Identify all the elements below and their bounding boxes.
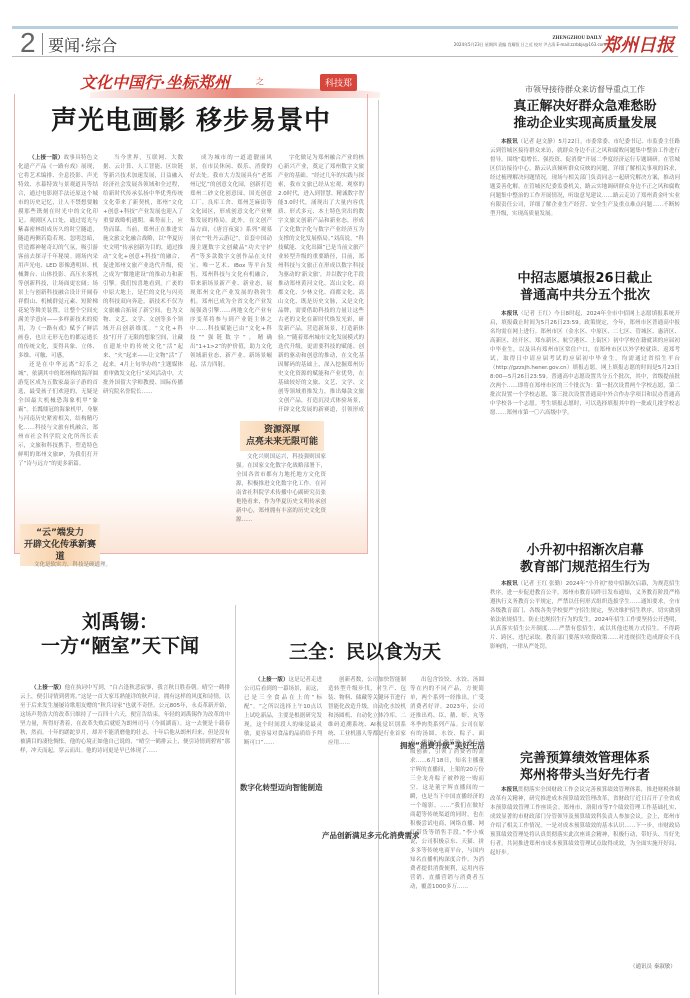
feature-column-3b: 文化兴则国运兴，科技强则国家强。在国家文化数字化战略部署下，全国各省市都有力地托…: [236, 453, 326, 533]
headline-line-1: 完善预算绩效管理体系: [490, 750, 680, 767]
headline-line-1: 小升初中招渐次启幕: [490, 542, 680, 559]
article5-headline: 刘禹锡： 一方“陋室”天下闻: [20, 610, 220, 658]
article6-subhead-digital: 数字化转型迈向智能制造: [240, 782, 323, 793]
subhead-caption: 文化是软实力，科技是硬道理。: [34, 560, 111, 568]
lead-marker: （上接一版）: [31, 685, 65, 691]
body-text: 字化做足为郑州融合产业的核心新兴产业，奠定了郑州数字文旅产业的基础。“经过几年的…: [278, 154, 364, 414]
subhead-line-1: “云”端发力: [20, 527, 100, 539]
paper-english-name: ZHENGZHOU DAILY: [552, 36, 602, 41]
article4-headline: 完善预算绩效管理体系 郑州将带头当好先行者: [490, 750, 680, 784]
article3-body: 本报讯（记者 王红 张勤）2024年“小升初”按中招渐次启幕，为规范招生秩序，进…: [490, 580, 680, 730]
body-text: 出包含饺饺、水饺、汤圆等在内的不同产品，方便简单，两个系列一经推出，广受消费者好…: [410, 676, 484, 892]
article1-headline: 真正解决好群众急难愁盼 推动企业实现高质量发展: [490, 98, 680, 132]
article6-col-1: （上接一版）这是记者走进公司后看到的一幕场景，而这，已是三全食品在上的“标配”。…: [244, 676, 322, 994]
headline-line-2: 普通高中共分五个批次: [490, 287, 680, 304]
headline-line-2: 郑州将带头当好先行者: [490, 767, 680, 784]
headline-line-1: 中招志愿填报26日截止: [490, 270, 680, 287]
body-text: 文化兴则国运兴，科技强则国家强。在国家文化数字化战略部署下，全国各省市都有力地托…: [236, 453, 326, 525]
article3-headline: 小升初中招渐次启幕 教育部门规范招生行为: [490, 542, 680, 576]
article2-body: 本报讯（记者 王红）今日8时起，2024年全市中招网上志愿填报系统开启，填报截止…: [490, 310, 680, 520]
lead-marker: 本报讯: [501, 139, 518, 145]
article1-body: 本报讯（记者 赵文静）5月22日，市委常委、市纪委书记、市监委主任路云到管城区接…: [490, 138, 680, 238]
body-text: 当今世界，互联网、大数据、云计算、人工智能、区块链等新兴技术加速发展，日益融入经…: [103, 154, 183, 397]
body-text: 贯彻落实全国财政工作会议完善预算绩效管理体系，推进财税体制改革有关精神，研究推进…: [490, 787, 680, 856]
subhead-line-2: 点亮未来无限可能: [240, 436, 324, 448]
byline: （记者 王红）: [518, 311, 554, 317]
article6-col-2: 创新者数，公司加快智能制造转型升级步伐，对生产、包装、物料、储藏等关键环节进行智…: [328, 676, 406, 826]
column-divider: [235, 605, 236, 995]
lead-marker: 本报讯: [501, 787, 518, 793]
lead-marker: （上接一版）: [255, 677, 289, 683]
banner-title: 文化中国行·坐标郑州: [80, 70, 230, 93]
byline: （记者 赵文静）: [518, 139, 559, 145]
headline-line-1: 刘禹锡：: [20, 610, 220, 634]
article5-body: （上接一版）他在执词中写到，“白占逢秋悲寂寥，我言秋日胜春朝。晴空一鹤排云上，便…: [20, 684, 230, 994]
article2-headline: 中招志愿填报26日截止 普通高中共分五个批次: [490, 270, 680, 304]
subhead-resources: 资源深厚 点亮未来无限可能: [240, 421, 324, 451]
article4-credit: （通讯员 秦淑敏）: [630, 962, 676, 970]
feature-headline: 声光电画影 移步易景中: [0, 100, 382, 137]
masthead: 2 要闻·综合 ZHENGZHOU DAILY 2024年5月23日 星期四 责…: [12, 29, 678, 57]
article6-headline: 三全：民以食为天: [245, 640, 485, 664]
banner-tag: 科技郑: [320, 74, 357, 91]
body-text: 这是记者走进公司后看到的一幕场景，而这，已是三全食品在上的“标配”。“之所以选择…: [244, 677, 322, 746]
article6-col-3: 出包含饺饺、水饺、汤圆等在内的不同产品，方便简单，两个系列一经推出，广受消费者好…: [410, 676, 484, 994]
lead-marker: （上接一版）: [29, 155, 64, 161]
headline-line-1: 真正解决好群众急难愁盼: [490, 98, 680, 115]
byline: （记者 王红 张勤）: [518, 581, 566, 587]
body-text: 今日8时起，2024年全市中招网上志愿填报系统开启，填报截止时间为5月26日23…: [490, 311, 680, 416]
body-text: 还是在中华远离“幻乐之城”，依满其中的郑州梅的海洋圆游览区成为五数家最亲子游的首…: [18, 361, 98, 469]
body-text: 成为城市的一道道靓丽风景，在市民休闲、娱乐、消费的好去处。我市大力发展具有“老郑…: [190, 154, 272, 370]
column-banner: 文化中国行·坐标郑州 之 科技郑: [80, 70, 280, 96]
article4-body: 本报讯贯彻落实全国财政工作会议完善预算绩效管理体系，推进财税体制改革有关精神，研…: [490, 786, 680, 956]
lead-marker: 本报讯: [501, 311, 518, 317]
feature-column-2: 当今世界，互联网、大数据、云计算、人工智能、区块链等新兴技术加速发展，日益融入经…: [103, 154, 183, 514]
paper-logo: 郑州日报: [602, 31, 674, 57]
article1-kicker: 市领导接待群众来访督导重点工作: [490, 84, 680, 95]
body-text: 2024年“小升初”按中招渐次启幕，为规范招生秩序，进一步促进教育公平，郑州市教…: [490, 581, 680, 650]
article6-subhead-product: 产品创新满足多元化消费需求: [322, 830, 420, 841]
section-title: 要闻·综合: [48, 33, 117, 56]
body-text: 创新者数，公司加快智能制造转型升级步伐，对生产、包装、物料、储藏等关键环节进行智…: [328, 676, 406, 748]
subhead-line-1: 资源深厚: [240, 424, 324, 436]
headline-line-2: 推动企业实现高质量发展: [490, 115, 680, 132]
column-divider: [378, 100, 379, 995]
banner-connector: 之: [256, 76, 264, 87]
lead-marker: 本报讯: [501, 581, 518, 587]
divider: [42, 33, 43, 55]
headline-line-2: 一方“陋室”天下闻: [20, 634, 220, 658]
feature-column-4: 字化做足为郑州融合产业的核心新兴产业，奠定了郑州数字文旅产业的基础。“经过几年的…: [278, 154, 364, 414]
body-text: 5月22日，市委常委、市纪委书记、市监委主任路云到管城区接待群众来访，就群众身边…: [490, 139, 680, 217]
dateline: 2024年5月23日 星期四 责编 肖耀恒 日之近 校对 尹占清 E-mail:…: [454, 42, 606, 48]
feature-column-1: （上接一版）故事具特色文化遗产产品《一路有戏》展现，它将艺术编排、全息投影、声光…: [18, 154, 98, 524]
body-text: 故事具特色文化遗产产品《一路有戏》展现，它将艺术编排、全息投影、声光特效、水幕特…: [18, 155, 98, 359]
body-text: 他在执词中写到，“白占逢秋悲寂寥，我言秋日胜春朝。晴空一鹤排云上，便引诗情到碧霄…: [20, 685, 230, 754]
page-number: 2: [20, 29, 36, 57]
headline-line-2: 教育部门规范招生行为: [490, 559, 680, 576]
